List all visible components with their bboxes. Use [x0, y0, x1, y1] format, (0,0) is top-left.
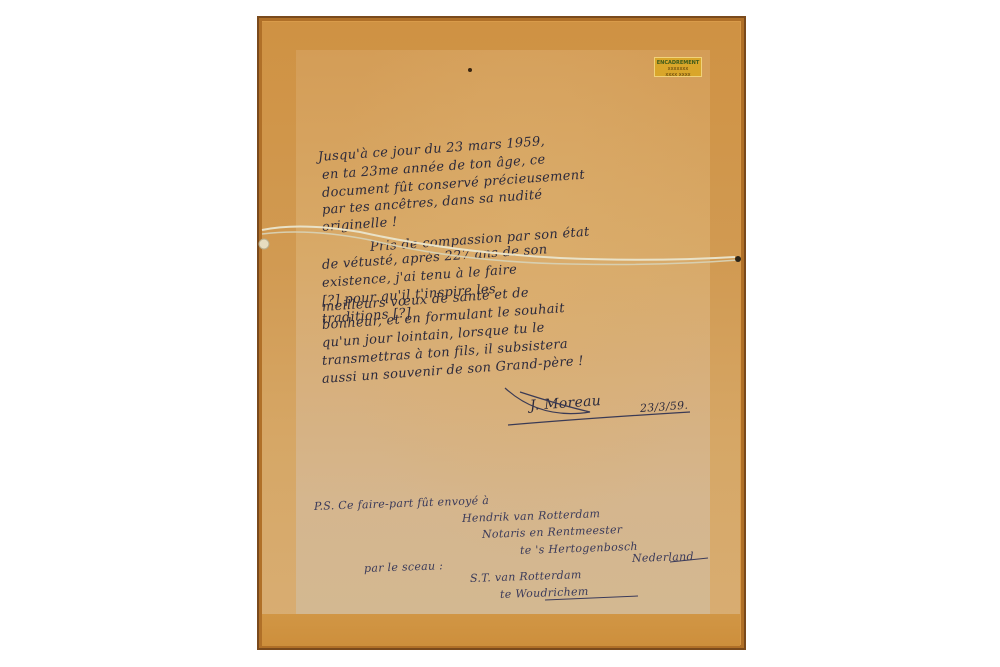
string-knot-right: [735, 256, 741, 262]
hanging-string: [0, 0, 1000, 667]
string-knot-left: [259, 239, 269, 249]
